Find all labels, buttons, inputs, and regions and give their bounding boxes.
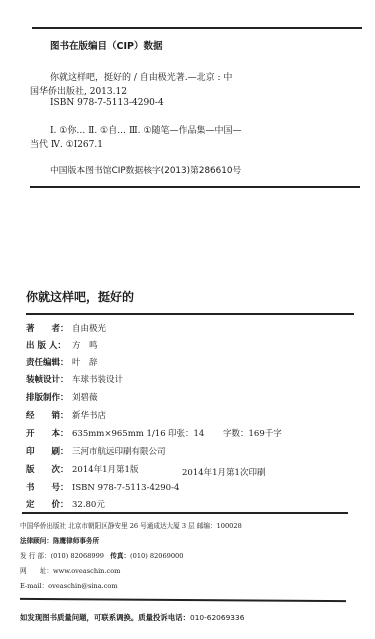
meta-label: 书 号：	[26, 481, 72, 493]
publisher-address: 中国华侨出版社 北京市朝阳区静安里 26 号通成达大厦 3 层 邮编：10002…	[20, 520, 242, 530]
meta-row-price: 定 价：32.80元	[26, 498, 105, 510]
cip-subject-2: 当代 Ⅳ. ①I267.1	[30, 137, 103, 150]
meta-row-format: 开 本：635mm×965mm 1/16	[26, 427, 166, 439]
meta-print-run: 2014年1月第1次印刷	[182, 466, 265, 478]
book-title-divider	[26, 313, 354, 315]
meta-value: 刘碧薇	[72, 393, 98, 403]
meta-row-printing: 印 刷：三河市航远印刷有限公司	[26, 445, 166, 457]
cip-line-1: 你就这样吧，挺好的 / 自由极光著.—北京 : 中	[50, 70, 232, 83]
cip-line-2: 国华侨出版社, 2013.12	[30, 84, 127, 97]
legal-value: 陈鹰律师事务所	[53, 537, 99, 545]
meta-value: 三河市航远印刷有限公司	[72, 447, 166, 457]
legal-label: 法律顾问：	[20, 537, 53, 545]
meta-label: 开 本：	[26, 427, 72, 439]
email-value: oveaschin@sina.com	[48, 582, 117, 590]
cip-bottom-divider	[30, 186, 360, 188]
meta-label: 著 者：	[26, 322, 72, 334]
meta-row-edition: 版 次：2014年1月第1版	[26, 463, 138, 475]
meta-value: 方 鸣	[72, 341, 98, 351]
meta-value: 635mm×965mm 1/16	[72, 429, 166, 439]
meta-row-typesetting: 排版制作：刘碧薇	[26, 391, 98, 403]
meta-row-design: 装帧设计：车球书装设计	[26, 373, 123, 385]
meta-value: 新华书店	[72, 411, 106, 421]
meta-label: 定 价：	[26, 498, 72, 510]
cip-approval: 中国版本图书馆CIP数据核字(2013)第286610号	[50, 163, 241, 176]
meta-value: 车球书装设计	[72, 375, 123, 385]
meta-bottom-divider	[22, 512, 348, 514]
meta-value: 自由极光	[72, 324, 106, 334]
contact-bottom-divider	[20, 598, 346, 602]
website: 网 址：www.oveaschin.com	[20, 565, 120, 575]
cip-isbn: ISBN 978-7-5113-4290-4	[50, 98, 164, 108]
meta-value: 32.80元	[72, 500, 105, 510]
meta-label: 版 次：	[26, 463, 72, 475]
meta-sheets: 印张：14	[168, 427, 204, 439]
quality-complaint-note: 如发现图书质量问题，可联系调换。质量投诉电话：010-62069336	[20, 612, 244, 623]
meta-row-distribution: 经 销：新华书店	[26, 409, 106, 421]
footer-phone: 010-62069336	[190, 613, 244, 622]
book-title: 你就这样吧，挺好的	[26, 288, 134, 305]
cip-title: 图书在版编目（CIP）数据	[50, 38, 162, 52]
cip-subject-1: Ⅰ. ①你… Ⅱ. ①自… Ⅲ. ①随笔—作品集—中国—	[50, 123, 241, 136]
meta-row-publisher: 出 版 人：方 鸣	[26, 339, 98, 351]
legal-advisor: 法律顾问：陈鹰律师事务所	[20, 535, 99, 545]
phone-value: (010) 82068999	[51, 552, 104, 560]
top-divider	[32, 27, 362, 29]
email-label: E-mail：	[20, 582, 48, 590]
fax-value: (010) 82069000	[130, 552, 183, 560]
meta-word-count: 字数：169千字	[223, 427, 282, 439]
footer-note-text: 如发现图书质量问题，可联系调换。质量投诉电话：	[20, 613, 190, 622]
meta-label: 出 版 人：	[26, 339, 72, 351]
meta-label: 装帧设计：	[26, 373, 72, 385]
meta-label: 排版制作：	[26, 391, 72, 403]
distribution-phone: 发 行 部：(010) 82068999 传真：(010) 82069000	[20, 550, 183, 560]
meta-label: 经 销：	[26, 409, 72, 421]
email: E-mail：oveaschin@sina.com	[20, 580, 118, 590]
meta-value: 叶 辞	[72, 358, 98, 368]
phone-label: 发 行 部：	[20, 552, 51, 560]
fax-label: 传真：	[110, 552, 130, 560]
meta-label: 责任编辑：	[26, 356, 72, 368]
meta-value: ISBN 978-7-5113-4290-4	[72, 483, 179, 493]
meta-row-author: 著 者：自由极光	[26, 322, 106, 334]
web-label: 网 址：	[20, 567, 53, 575]
meta-value: 2014年1月第1版	[72, 465, 138, 475]
meta-label: 印 刷：	[26, 445, 72, 457]
web-value: www.oveaschin.com	[53, 567, 120, 575]
meta-row-editor: 责任编辑：叶 辞	[26, 356, 98, 368]
meta-row-isbn: 书 号：ISBN 978-7-5113-4290-4	[26, 481, 179, 493]
